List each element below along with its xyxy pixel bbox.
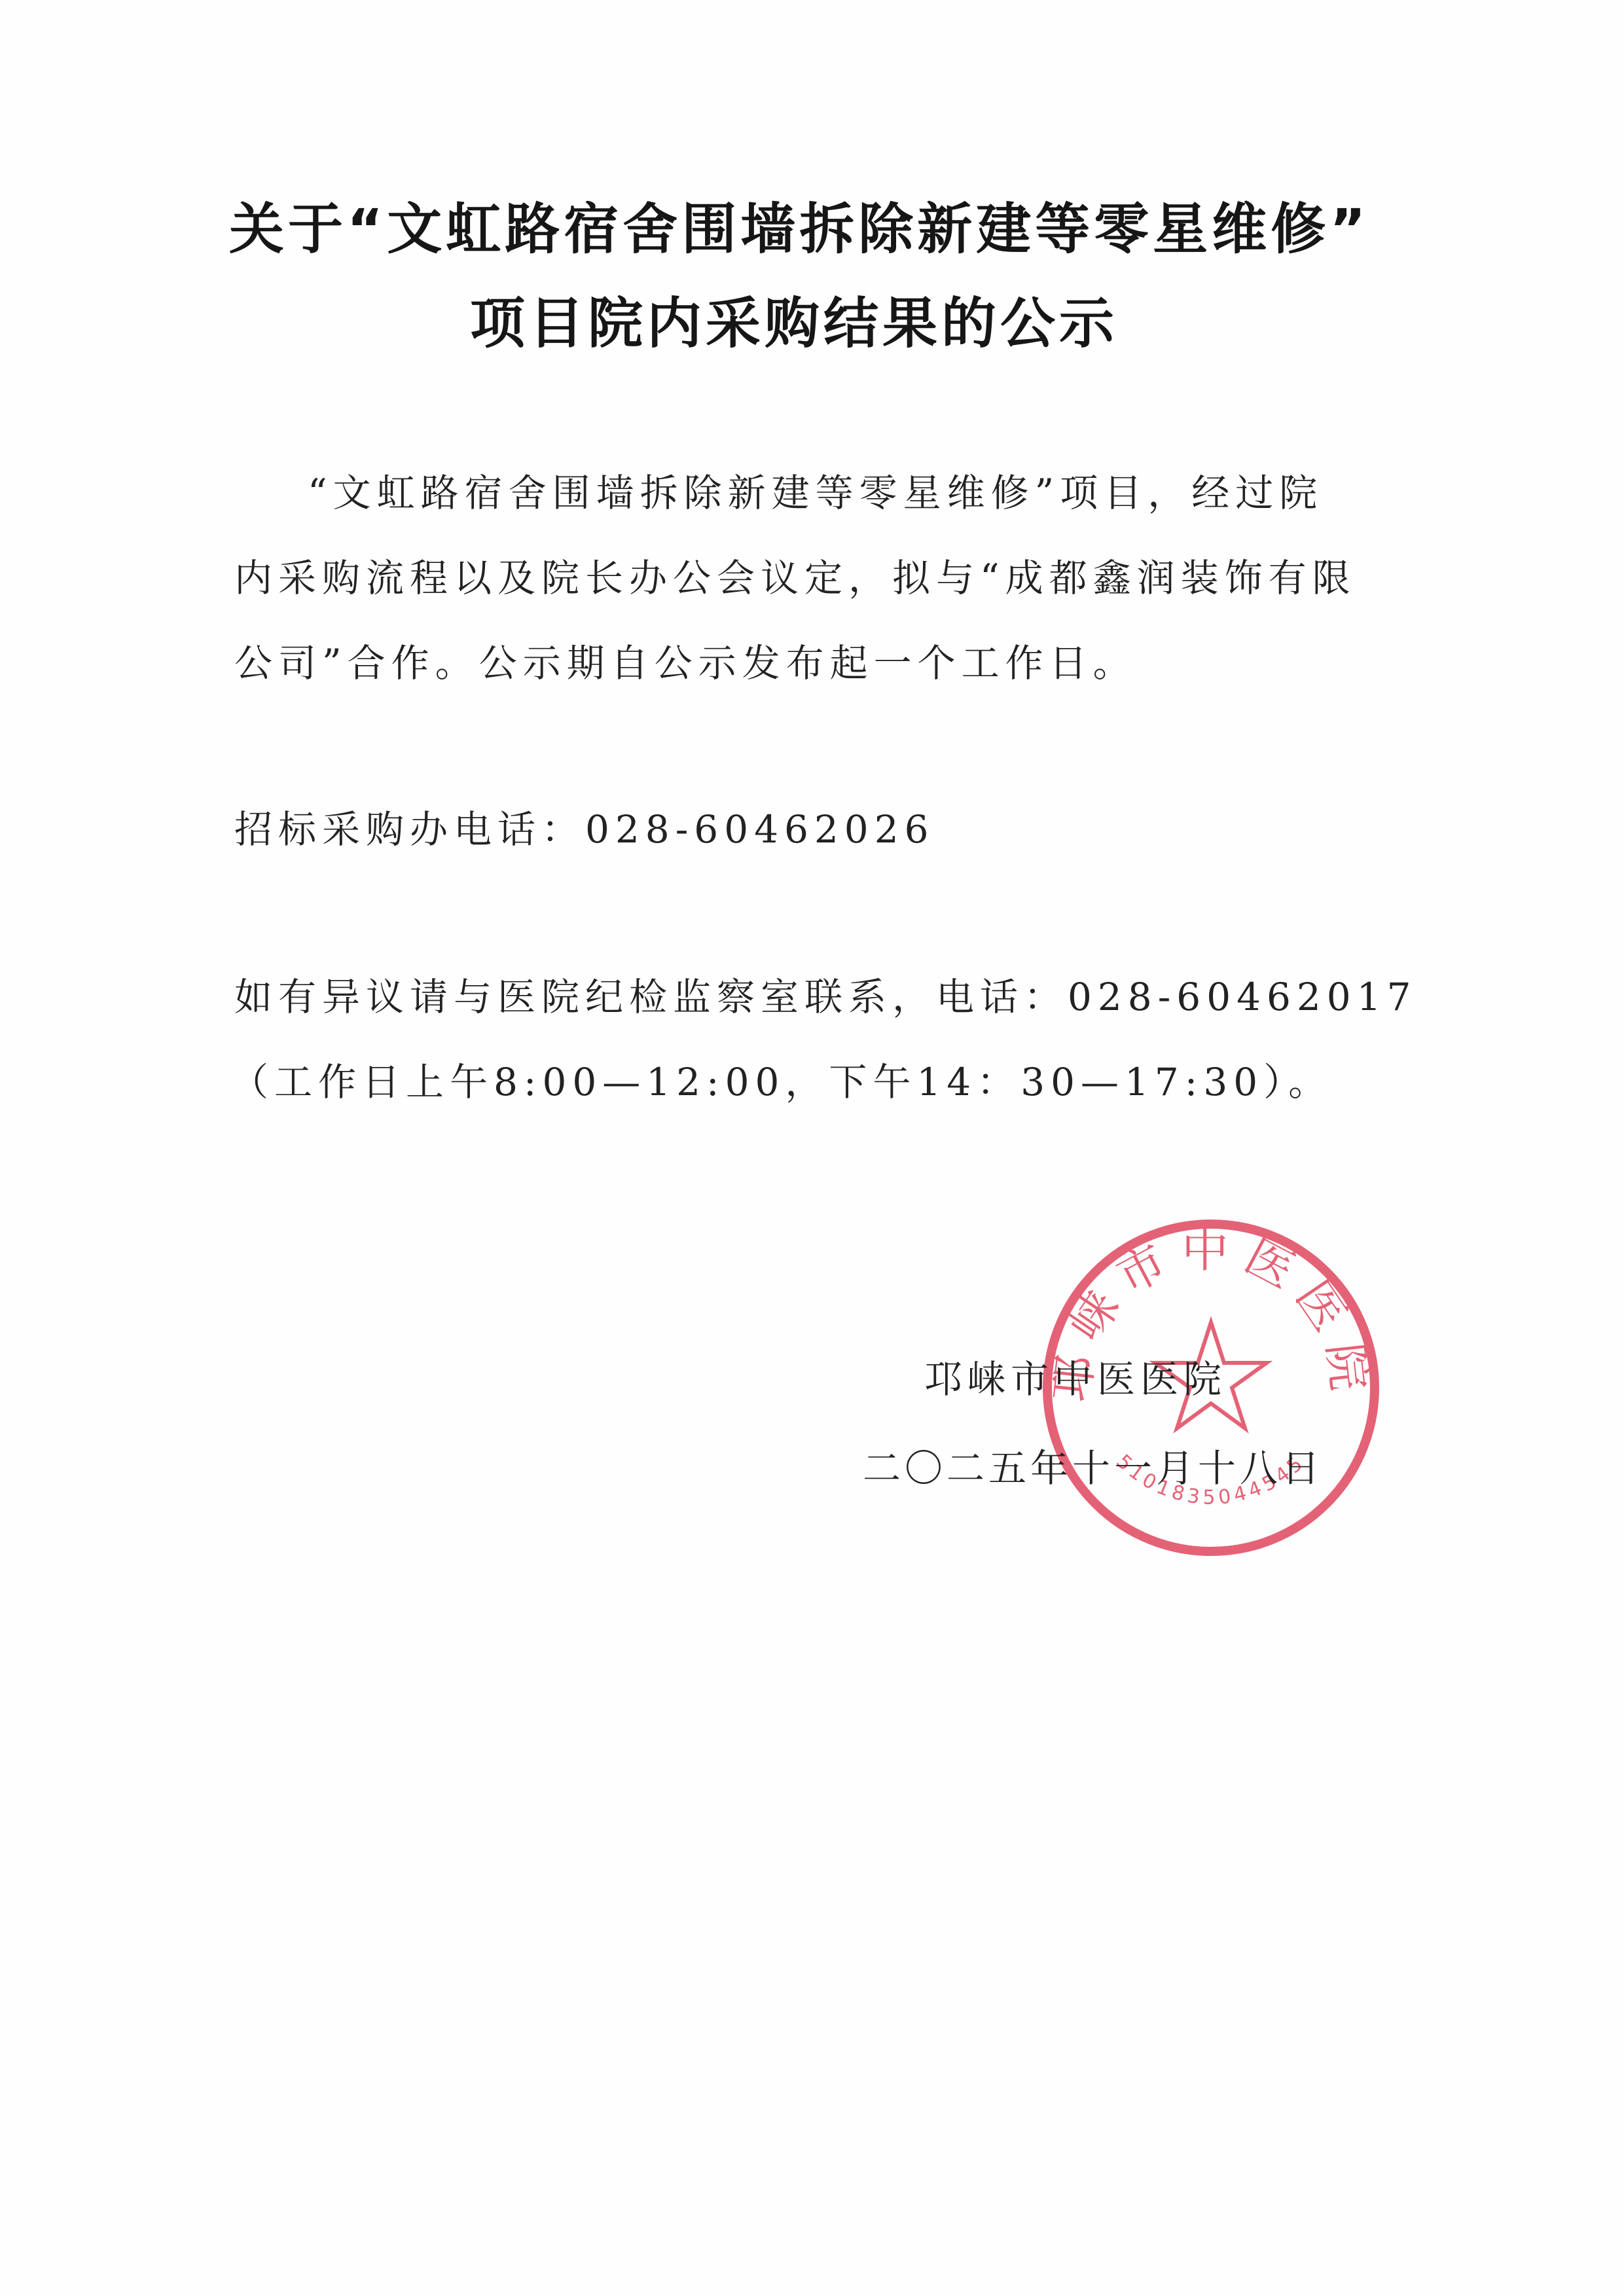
document-title-line-2: 项目院内采购结果的公示	[470, 296, 1624, 351]
document-page: 关于“文虹路宿舍围墙拆除新建等零星维修” 项目院内采购结果的公示 “文虹路宿舍围…	[0, 0, 1624, 2295]
objection-contact: 如有异议请与医院纪检监察室联系，电话：028-60462017	[234, 977, 1417, 1017]
office-hours: （工作日上午8:00—12:00，下午14：30—17:30）。	[230, 1062, 1332, 1102]
procurement-office-phone: 招标采购办电话：028-60462026	[234, 809, 935, 850]
issuer-signature: 邛崃市中医医院	[924, 1359, 1227, 1400]
paragraph-line-2: 内采购流程以及院长办公会议定，拟与“成都鑫润装饰有限	[234, 558, 1356, 598]
issue-date: 二〇二五年十一月十八日	[863, 1448, 1324, 1489]
document-title-line-1: 关于“文虹路宿舍围墙拆除新建等零星维修”	[229, 202, 1407, 257]
paragraph-line-3: 公司”合作。公示期自公示发布起一个工作日。	[234, 643, 1137, 683]
paragraph-line-1: “文虹路宿舍围墙拆除新建等零星维修”项目，经过院	[308, 473, 1323, 513]
